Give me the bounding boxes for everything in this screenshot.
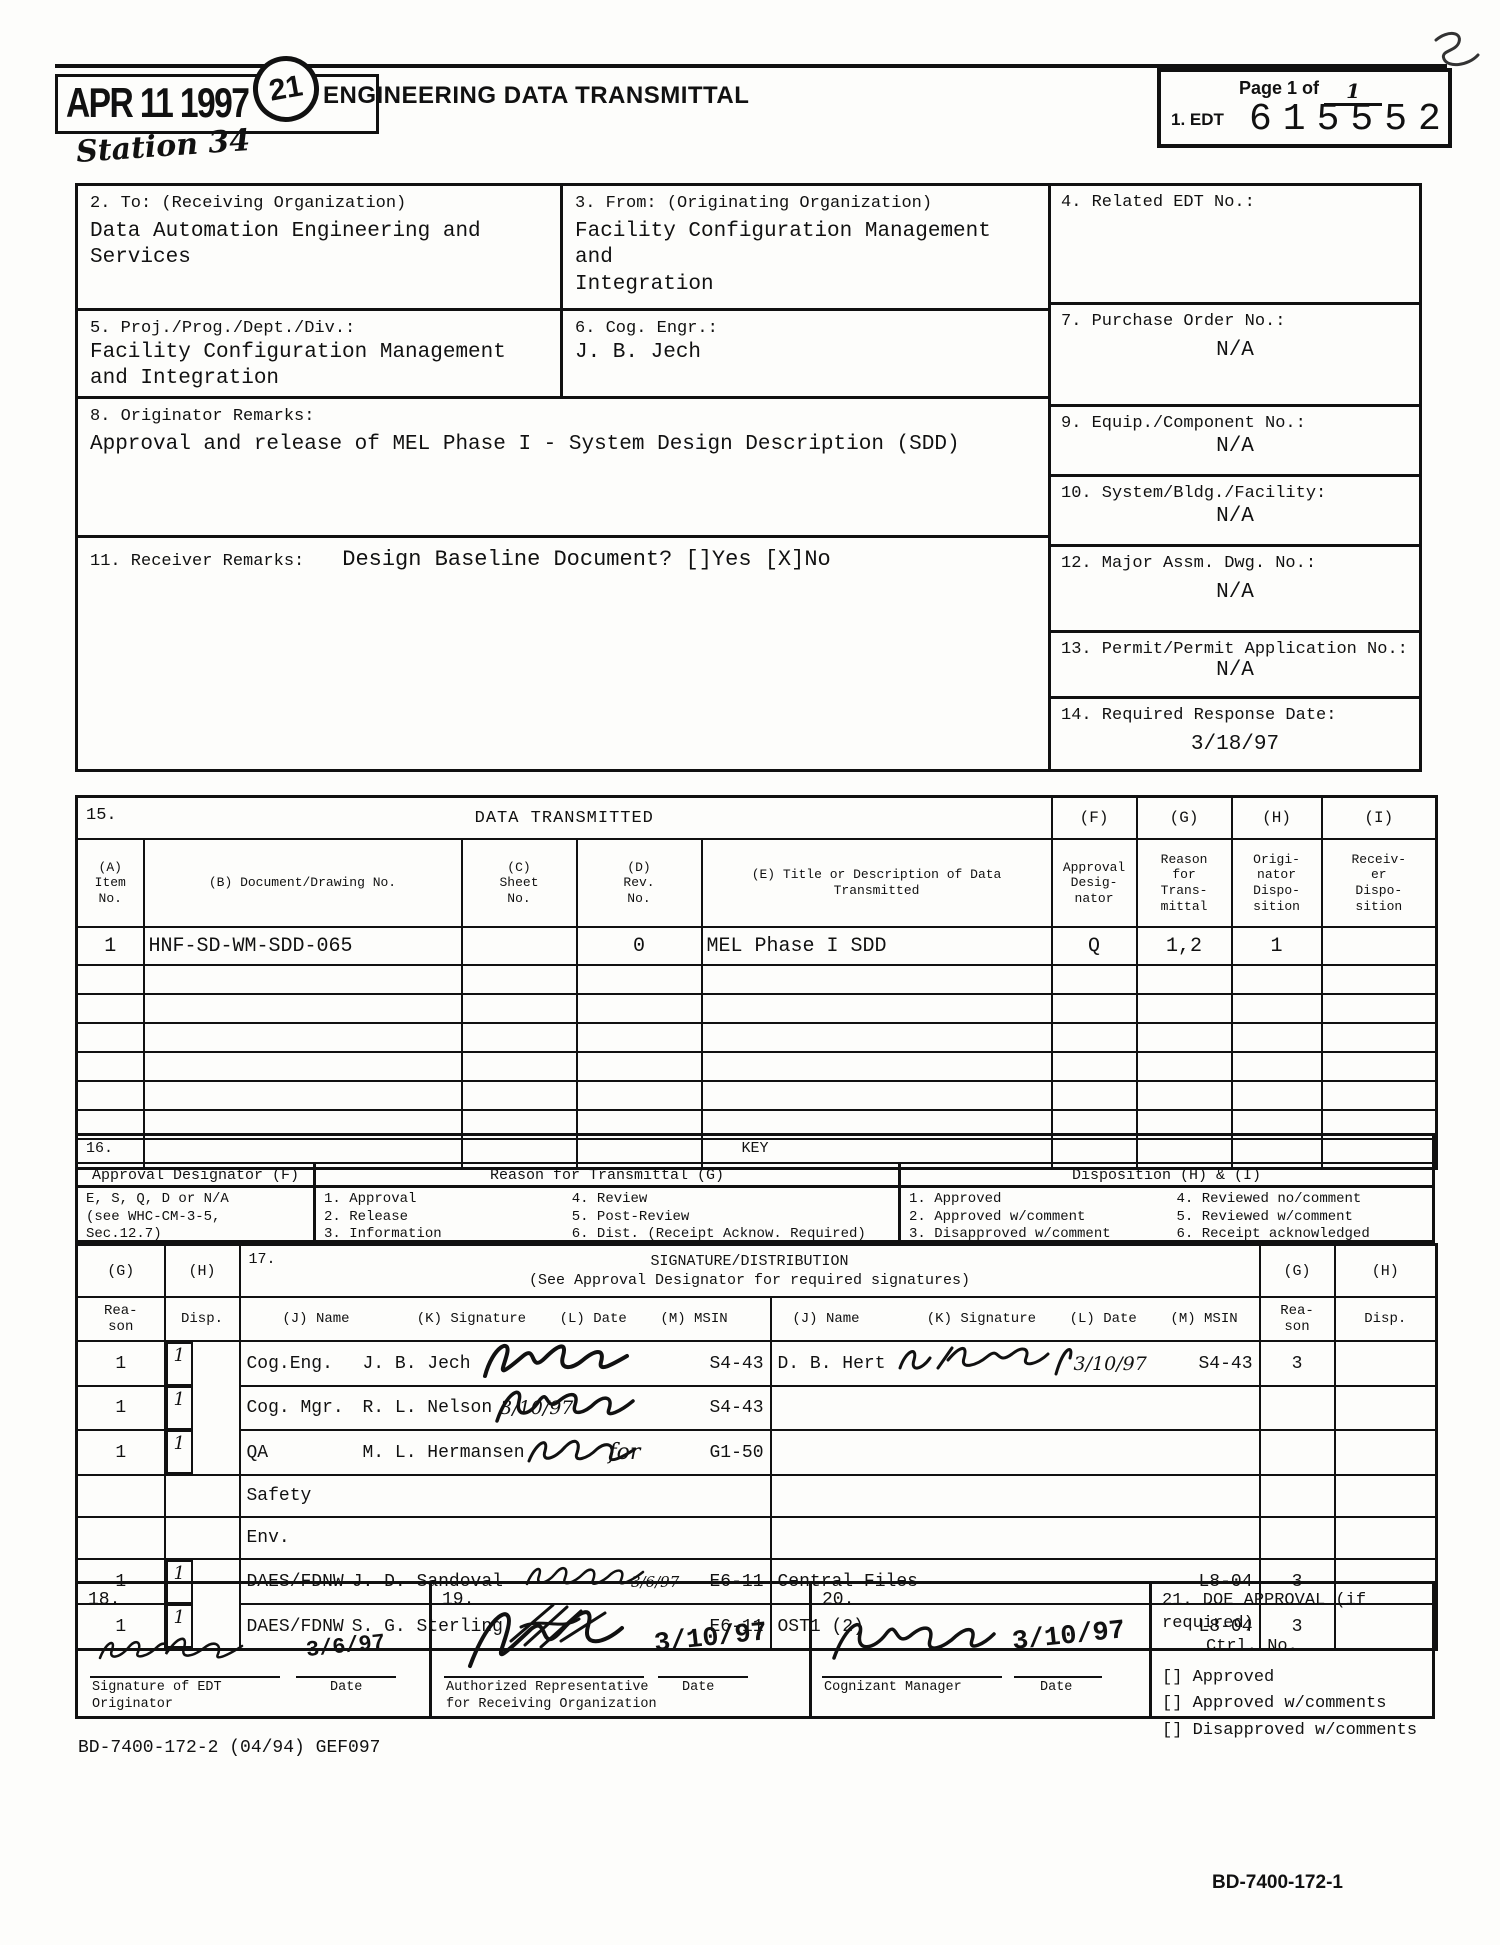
cell-rev-no: 0 xyxy=(577,927,702,965)
sig-name-header-right: (J) Name (K) Signature (L) Date (M) MSIN xyxy=(771,1297,1260,1341)
sig-subtitle: (See Approval Designator for required si… xyxy=(247,1271,1253,1291)
sig-disp-handwritten: 1 xyxy=(166,1430,193,1474)
doe-checkbox-disapproved-w-comments: [] Disapproved w/comments xyxy=(1162,1718,1422,1744)
handwritten-station: Station 34 xyxy=(75,123,251,170)
field-to-label: 2. To: (Receiving Organization) xyxy=(90,194,548,213)
date-label: Date xyxy=(330,1680,362,1697)
block-receiving-org-representative: 19. 3/10/97 Authorized Representative fo… xyxy=(432,1584,812,1716)
field-system-label: 10. System/Bldg./Facility: xyxy=(1061,484,1409,503)
sig-role: QA xyxy=(247,1443,355,1463)
cell-item-no: 1 xyxy=(77,927,144,965)
sig-name: J. B. Jech xyxy=(363,1354,471,1374)
received-date-stamp: APR 11 1997 xyxy=(66,79,248,127)
sig-name: M. L. Hermansen xyxy=(363,1443,525,1463)
field-originator-remarks: 8. Originator Remarks: Approval and rele… xyxy=(78,399,1048,535)
field-major-assm-value: N/A xyxy=(1061,581,1409,604)
sig-role: Safety xyxy=(247,1486,355,1506)
sig-role: Cog. Mgr. xyxy=(247,1398,355,1418)
field-from: 3. From: (Originating Organization) Faci… xyxy=(563,186,1048,308)
cell-reason: 1,2 xyxy=(1137,927,1232,965)
sig-msin: S4-43 xyxy=(709,1354,763,1374)
section-15-label: 15. xyxy=(86,806,117,825)
key-title: KEY xyxy=(78,1140,1432,1157)
sig-disp-handwritten: 1 xyxy=(166,1386,193,1430)
empty-row xyxy=(77,994,1437,1023)
upper-fields-table: 2. To: (Receiving Organization) Data Aut… xyxy=(75,183,1422,772)
block-doe-approval: 21. DOE APPROVAL (if required) Ctrl. No.… xyxy=(1152,1584,1432,1716)
sig-disp xyxy=(1335,1341,1437,1386)
data-transmitted-row: 1 HNF-SD-WM-SDD-065 0 MEL Phase I SDD Q … xyxy=(77,927,1437,965)
edt-number-box: Page 1 of 1 1. EDT 615552 xyxy=(1157,68,1452,148)
signature-row-cog-mgr: 1 1 Cog. Mgr. R. L. Nelson 3/10/97 S4-43 xyxy=(77,1386,1437,1430)
key-col3-list-b: 4. Reviewed no/comment 5. Reviewed w/com… xyxy=(1177,1191,1370,1244)
col-header-recv-disp: Receiv- er Dispo- sition xyxy=(1322,839,1437,927)
key-col2-list-b: 4. Review 5. Post-Review 6. Dist. (Recei… xyxy=(572,1191,866,1244)
col-header-sheet: (C) Sheet No. xyxy=(462,839,577,927)
field-proj-label: 5. Proj./Prog./Dept./Div.: xyxy=(90,319,548,338)
signature-row-qa: 1 1 QA M. L. Hermansen for G1-50 xyxy=(77,1430,1437,1475)
col-header-rev: (D) Rev. No. xyxy=(577,839,702,927)
field-system: 10. System/Bldg./Facility: N/A xyxy=(1051,477,1419,547)
sig-date-handwritten: 3/10/97 xyxy=(1074,1353,1147,1375)
col-header-title: (E) Title or Description of Data Transmi… xyxy=(702,839,1052,927)
field-permit-label: 13. Permit/Permit Application No.: xyxy=(1061,640,1409,659)
signature-row-env: Env. xyxy=(77,1517,1437,1559)
sig-reason: 3 xyxy=(1260,1341,1335,1386)
form-header: APR 11 1997 Station 34 21 ENGINEERING DA… xyxy=(55,64,1447,142)
key-col3-header: Disposition (H) & (I) xyxy=(901,1164,1432,1188)
signature-row-safety: Safety xyxy=(77,1475,1437,1517)
field-permit-value: N/A xyxy=(1061,659,1409,682)
cell-document-no: HNF-SD-WM-SDD-065 xyxy=(144,927,462,965)
field-related-edt-label: 4. Related EDT No.: xyxy=(1061,193,1409,212)
sig-corner-h-left: (H) xyxy=(165,1245,240,1298)
key-col1-body: E, S, Q, D or N/A (see WHC-CM-3-5, Sec.1… xyxy=(86,1191,229,1244)
field-response-date-value: 3/18/97 xyxy=(1061,733,1409,756)
col-header-item: (A) Item No. xyxy=(77,839,144,927)
field-receiver-remarks-value: Design Baseline Document? []Yes [X]No xyxy=(342,546,830,574)
field-equip: 9. Equip./Component No.: N/A xyxy=(1051,407,1419,477)
sig-corner-g-right: (G) xyxy=(1260,1245,1335,1298)
sig-name: R. L. Nelson xyxy=(363,1398,493,1418)
key-col2-list-a: 1. Approval 2. Release 3. Information xyxy=(324,1191,562,1244)
field-proj-value: Facility Configuration Management and In… xyxy=(90,340,548,393)
handwritten-date: 3/6/97 xyxy=(305,1630,386,1663)
handwritten-date: 3/10/97 xyxy=(653,1618,769,1660)
sig-date-handwritten: 3/10/97 xyxy=(500,1397,573,1419)
field-major-assm: 12. Major Assm. Dwg. No.: N/A xyxy=(1051,547,1419,633)
field-response-date: 14. Required Response Date: 3/18/97 xyxy=(1051,699,1419,769)
sig-role: Env. xyxy=(247,1528,355,1548)
sig-disp-header-left: Disp. xyxy=(165,1297,240,1341)
data-transmitted-title-cell: 15. DATA TRANSMITTED xyxy=(77,797,1052,840)
edt-form-page: APR 11 1997 Station 34 21 ENGINEERING DA… xyxy=(0,0,1500,1945)
field-from-value: Facility Configuration Management and In… xyxy=(575,219,1036,298)
key-col1-header: Approval Designator (F) xyxy=(78,1164,313,1188)
group-header-g: (G) xyxy=(1137,797,1232,840)
form-number-footer: BD-7400-172-2 (04/94) GEF097 xyxy=(78,1738,380,1758)
cell-orig-disposition: 1 xyxy=(1232,927,1322,965)
empty-row xyxy=(77,965,1437,994)
section-17-label: 17. xyxy=(249,1250,276,1270)
sig-reason: 1 xyxy=(77,1430,165,1475)
col-header-orig-disp: Origi- nator Dispo- sition xyxy=(1232,839,1322,927)
empty-row xyxy=(77,1052,1437,1081)
sig-name-header-left: (J) Name (K) Signature (L) Date (M) MSIN xyxy=(240,1297,771,1341)
sig-role: Cog.Eng. xyxy=(247,1354,355,1374)
group-header-i: (I) xyxy=(1322,797,1437,840)
sig-disp-handwritten: 1 xyxy=(166,1342,193,1386)
field-proj: 5. Proj./Prog./Dept./Div.: Facility Conf… xyxy=(78,311,563,396)
sig-reason-header-right: Rea- son xyxy=(1260,1297,1335,1341)
doe-ctrl-no-label: Ctrl. No. xyxy=(1206,1636,1422,1659)
signature-mark xyxy=(92,1628,262,1670)
empty-row xyxy=(77,1023,1437,1052)
field-equip-label: 9. Equip./Component No.: xyxy=(1061,414,1409,433)
block-edt-originator: 18. 3/6/97 Signature of EDT Originator D… xyxy=(78,1584,432,1716)
handwritten-date: 3/10/97 xyxy=(1011,1616,1127,1658)
key-col3-list-a: 1. Approved 2. Approved w/comment 3. Dis… xyxy=(909,1191,1167,1244)
sig-reason: 1 xyxy=(77,1386,165,1430)
field-to: 2. To: (Receiving Organization) Data Aut… xyxy=(78,186,563,308)
block-number: 20. xyxy=(822,1590,1139,1610)
block-number: 19. xyxy=(442,1590,799,1610)
data-transmitted-table: 15. DATA TRANSMITTED (F) (G) (H) (I) (A)… xyxy=(75,795,1438,1170)
field-related-edt: 4. Related EDT No.: xyxy=(1051,186,1419,305)
doe-checkbox-approved-w-comments: [] Approved w/comments xyxy=(1162,1691,1422,1717)
sig-reason: 1 xyxy=(77,1341,165,1386)
date-label: Date xyxy=(1040,1680,1072,1697)
field-permit: 13. Permit/Permit Application No.: N/A xyxy=(1051,633,1419,699)
key-col2-header: Reason for Transmittal (G) xyxy=(316,1164,898,1188)
edt-label: 1. EDT xyxy=(1171,110,1224,130)
signature-label: Signature of EDT Originator xyxy=(92,1680,222,1714)
field-cog-engr-label: 6. Cog. Engr.: xyxy=(575,319,1036,338)
field-originator-remarks-value: Approval and release of MEL Phase I - Sy… xyxy=(90,432,1036,458)
field-major-assm-label: 12. Major Assm. Dwg. No.: xyxy=(1061,554,1409,573)
block-cognizant-manager: 20. 3/10/97 Cognizant Manager Date xyxy=(812,1584,1152,1716)
sig-msin: S4-43 xyxy=(1199,1354,1253,1374)
group-header-f: (F) xyxy=(1052,797,1137,840)
col-header-approval: Approval Desig- nator xyxy=(1052,839,1137,927)
key-approval-designator: Approval Designator (F) E, S, Q, D or N/… xyxy=(78,1164,316,1243)
field-receiver-remarks: 11. Receiver Remarks: Design Baseline Do… xyxy=(78,538,1048,769)
cell-recv-disposition xyxy=(1322,927,1437,965)
cell-approval-designator: Q xyxy=(1052,927,1137,965)
signature-row-cog-eng: 1 1 Cog.Eng. J. B. Jech S4-43 D. B. Hert… xyxy=(77,1341,1437,1386)
key-section: 16. KEY Approval Designator (F) E, S, Q,… xyxy=(75,1133,1435,1243)
data-transmitted-title: DATA TRANSMITTED xyxy=(475,809,654,828)
field-purchase-order: 7. Purchase Order No.: N/A xyxy=(1051,305,1419,407)
sig-msin: G1-50 xyxy=(709,1443,763,1463)
cell-sheet-no xyxy=(462,927,577,965)
field-cog-engr: 6. Cog. Engr.: J. B. Jech xyxy=(563,311,1048,396)
empty-row xyxy=(77,1081,1437,1110)
sig-disp-header-right: Disp. xyxy=(1335,1297,1437,1341)
group-header-h: (H) xyxy=(1232,797,1322,840)
field-receiver-remarks-label: 11. Receiver Remarks: xyxy=(90,552,304,571)
field-to-value: Data Automation Engineering and Services xyxy=(90,219,548,272)
field-purchase-order-value: N/A xyxy=(1061,339,1409,362)
block-number: 18. xyxy=(88,1590,419,1610)
sig-note-handwritten: for xyxy=(609,1440,641,1465)
field-from-label: 3. From: (Originating Organization) xyxy=(575,194,1036,213)
date-label: Date xyxy=(682,1680,714,1697)
col-header-reason: Reason for Trans- mittal xyxy=(1137,839,1232,927)
sig-reason-header-left: Rea- son xyxy=(77,1297,165,1341)
sig-msin: S4-43 xyxy=(709,1398,763,1418)
approval-signature-blocks: 18. 3/6/97 Signature of EDT Originator D… xyxy=(75,1581,1435,1719)
doe-approval-title: 21. DOE APPROVAL (if required) xyxy=(1162,1590,1422,1636)
field-system-value: N/A xyxy=(1061,505,1409,528)
field-response-date-label: 14. Required Response Date: xyxy=(1061,706,1409,725)
form-title: ENGINEERING DATA TRANSMITTAL xyxy=(323,82,749,110)
signature-mark xyxy=(822,1608,1002,1670)
sig-title: SIGNATURE/DISTRIBUTION xyxy=(247,1252,1253,1272)
field-cog-engr-value: J. B. Jech xyxy=(575,340,1036,366)
key-reason-for-transmittal: Reason for Transmittal (G) 1. Approval 2… xyxy=(316,1164,901,1243)
sig-corner-g-left: (G) xyxy=(77,1245,165,1298)
signature-label: Cognizant Manager xyxy=(824,1680,962,1697)
field-originator-remarks-label: 8. Originator Remarks: xyxy=(90,407,1036,426)
field-equip-value: N/A xyxy=(1061,435,1409,458)
sig-corner-h-right: (H) xyxy=(1335,1245,1437,1298)
edt-number: 615552 xyxy=(1249,98,1452,141)
key-disposition: Disposition (H) & (I) 1. Approved 2. App… xyxy=(901,1164,1432,1243)
signature-label: Authorized Representative for Receiving … xyxy=(446,1680,657,1714)
field-purchase-order-label: 7. Purchase Order No.: xyxy=(1061,312,1409,331)
handwritten-corner-mark xyxy=(1428,28,1486,72)
doe-checkbox-approved: [] Approved xyxy=(1162,1665,1422,1691)
cell-title: MEL Phase I SDD xyxy=(702,927,1052,965)
col-header-document: (B) Document/Drawing No. xyxy=(144,839,462,927)
form-number-bottom-right: BD-7400-172-1 xyxy=(1212,1872,1343,1894)
sig-name: D. B. Hert xyxy=(778,1354,886,1374)
